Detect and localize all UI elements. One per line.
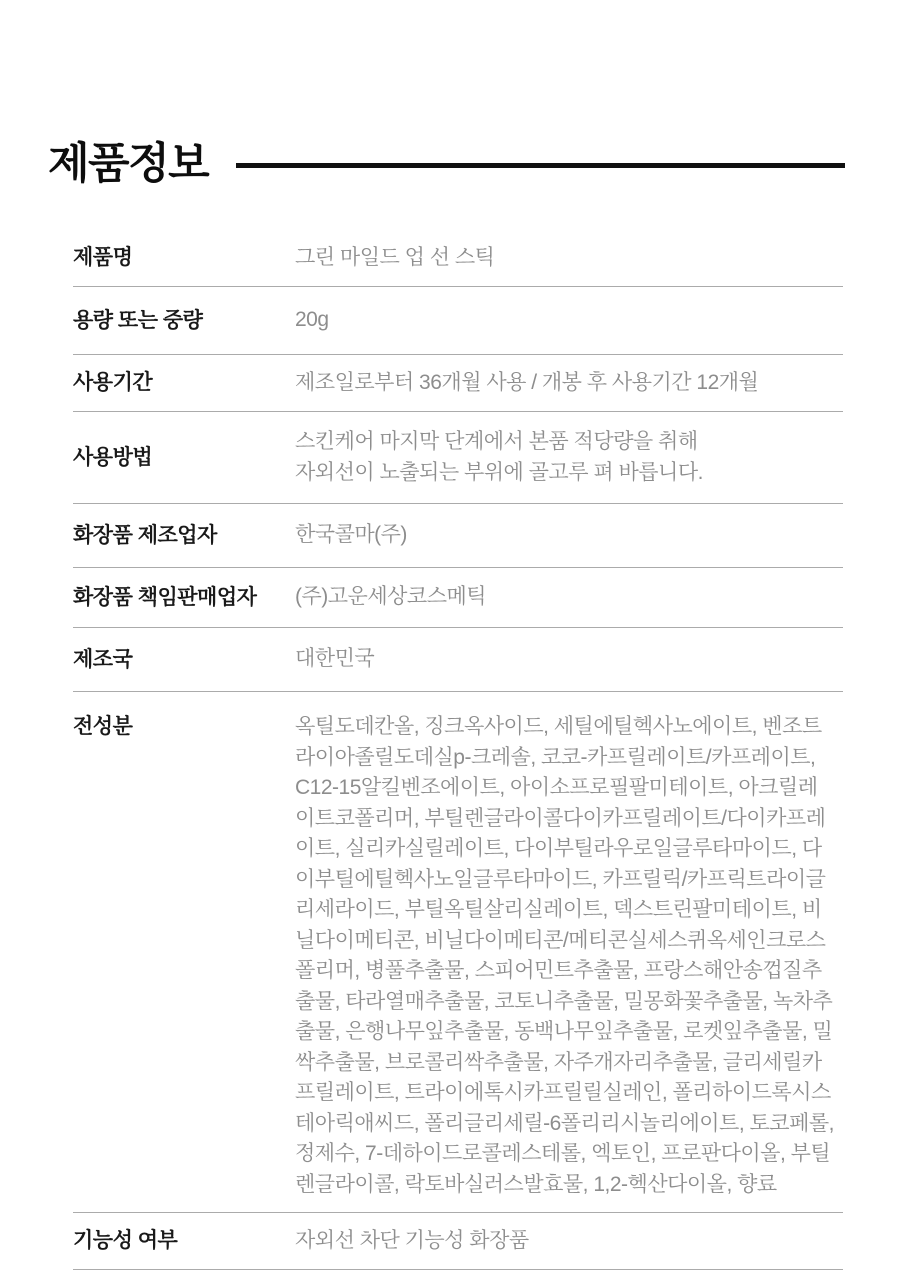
row-value: 옥틸도데칸올, 징크옥사이드, 세틸에틸헥사노에이트, 벤조트 라이아졸릴도데실… <box>295 712 843 1200</box>
row-label: 사용방법 <box>73 443 295 473</box>
row-ingredients: 전성분 옥틸도데칸올, 징크옥사이드, 세틸에틸헥사노에이트, 벤조트 라이아졸… <box>73 692 843 1213</box>
row-value: 자외선 차단 기능성 화장품 <box>295 1226 843 1257</box>
row-country-of-origin: 제조국 대한민국 <box>73 628 843 692</box>
row-value: (주)고운세상코스메틱 <box>295 582 843 613</box>
product-info-table: 제품명 그린 마일드 업 선 스틱 용량 또는 중량 20g 사용기간 제조일로… <box>73 230 843 1270</box>
row-responsible-seller: 화장품 책임판매업자 (주)고운세상코스메틱 <box>73 568 843 628</box>
page-title: 제품정보 <box>48 143 208 186</box>
row-product-name: 제품명 그린 마일드 업 선 스틱 <box>73 230 843 287</box>
row-label: 용량 또는 중량 <box>73 306 295 336</box>
row-value: 20g <box>295 305 843 336</box>
row-label: 화장품 책임판매업자 <box>73 583 295 613</box>
row-label: 화장품 제조업자 <box>73 521 295 551</box>
row-label: 사용기간 <box>73 368 295 398</box>
row-usage-method: 사용방법 스킨케어 마지막 단계에서 본품 적당량을 취해 자외선이 노출되는 … <box>73 412 843 504</box>
row-label: 제조국 <box>73 645 295 675</box>
row-usage-period: 사용기간 제조일로부터 36개월 사용 / 개봉 후 사용기간 12개월 <box>73 355 843 412</box>
row-manufacturer: 화장품 제조업자 한국콜마(주) <box>73 504 843 568</box>
row-value: 한국콜마(주) <box>295 520 843 551</box>
row-value: 대한민국 <box>295 644 843 675</box>
row-label: 기능성 여부 <box>73 1226 295 1256</box>
row-value: 제조일로부터 36개월 사용 / 개봉 후 사용기간 12개월 <box>295 368 843 399</box>
row-volume-weight: 용량 또는 중량 20g <box>73 287 843 355</box>
section-header: 제품정보 <box>0 136 900 192</box>
row-functionality: 기능성 여부 자외선 차단 기능성 화장품 <box>73 1213 843 1270</box>
row-label: 제품명 <box>73 243 295 273</box>
title-divider-line <box>236 163 845 168</box>
product-info-page: 제품정보 제품명 그린 마일드 업 선 스틱 용량 또는 중량 20g 사용기간… <box>0 0 900 1280</box>
row-label: 전성분 <box>73 712 295 742</box>
row-value: 그린 마일드 업 선 스틱 <box>295 243 843 274</box>
row-value: 스킨케어 마지막 단계에서 본품 적당량을 취해 자외선이 노출되는 부위에 골… <box>295 427 843 488</box>
